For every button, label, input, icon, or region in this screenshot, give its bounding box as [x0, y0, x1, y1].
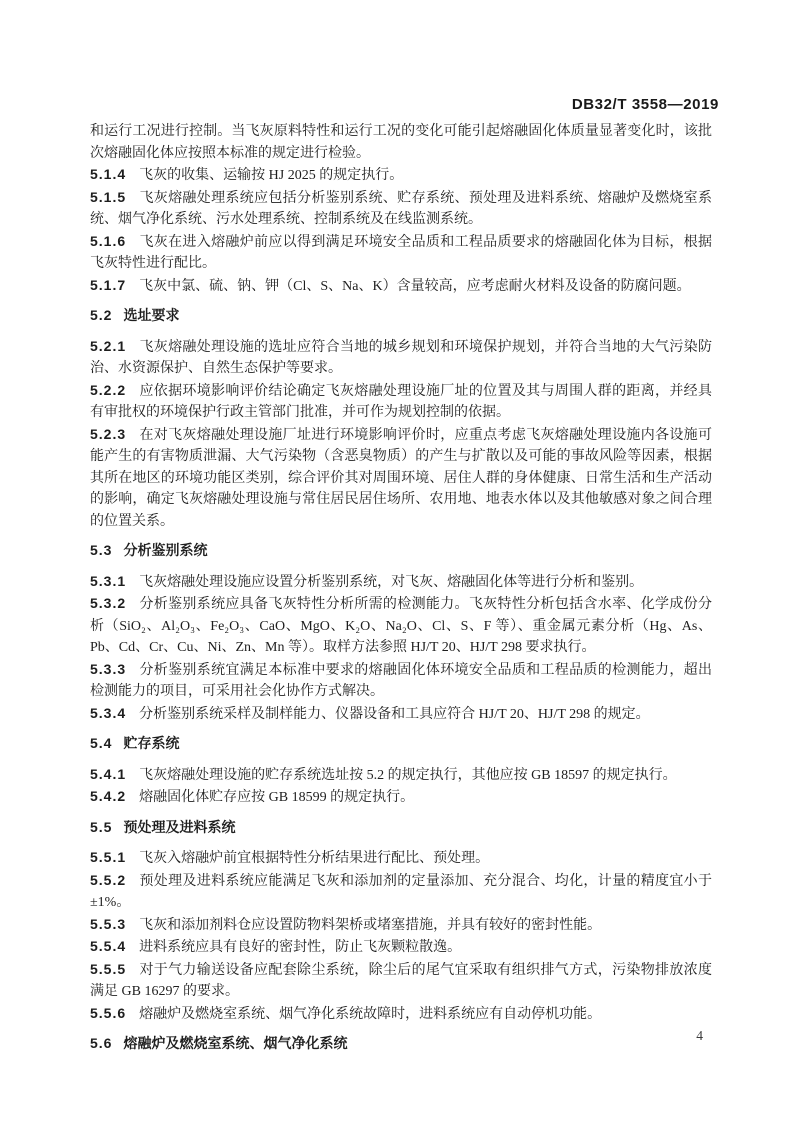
clause-number: 5.5.3 [90, 916, 126, 932]
section-title: 贮存系统 [123, 737, 179, 752]
section-title: 熔融炉及燃烧室系统、烟气净化系统 [123, 1037, 347, 1052]
document-page: DB32/T 3558—2019 和运行工况进行控制。当飞灰原料特性和运行工况的… [0, 0, 793, 1122]
clause-5-1-5: 5.1.5飞灰熔融处理系统应包括分析鉴别系统、贮存系统、预处理及进料系统、熔融炉… [90, 187, 712, 231]
clause-5-2-1: 5.2.1飞灰熔融处理设施的选址应符合当地的城乡规划和环境保护规划，并符合当地的… [90, 336, 712, 380]
clause-text: 飞灰熔融处理设施的选址应符合当地的城乡规划和环境保护规划，并符合当地的大气污染防… [90, 340, 712, 377]
section-number: 5.5 [90, 819, 112, 835]
section-number: 5.4 [90, 735, 112, 751]
clause-text: 预处理及进料系统应能满足飞灰和添加剂的定量添加、充分混合、均化，计量的精度宜小于… [90, 874, 712, 911]
section-heading-5-4: 5.4贮存系统 [90, 733, 712, 756]
clause-5-2-3: 5.2.3在对飞灰熔融处理设施厂址进行环境影响评价时，应重点考虑飞灰熔融处理设施… [90, 424, 712, 533]
clause-text: 应依据环境影响评价结论确定飞灰熔融处理设施厂址的位置及其与周围人群的距离，并经具… [90, 384, 712, 421]
clause-5-5-6: 5.5.6熔融炉及燃烧室系统、烟气净化系统故障时，进料系统应有自动停机功能。 [90, 1003, 712, 1026]
clause-text: 飞灰熔融处理设施应设置分析鉴别系统，对飞灰、熔融固化体等进行分析和鉴别。 [139, 575, 643, 590]
clause-text: 分析鉴别系统应具备飞灰特性分析所需的检测能力。飞灰特性分析包括含水率、化学成份分… [90, 597, 712, 655]
clause-text: 飞灰入熔融炉前宜根据特性分析结果进行配比、预处理。 [139, 851, 489, 866]
clause-number: 5.2.2 [90, 382, 126, 398]
clause-5-4-2: 5.4.2熔融固化体贮存应按 GB 18599 的规定执行。 [90, 786, 712, 809]
clause-text: 飞灰在进入熔融炉前应以得到满足环境安全品质和工程品质要求的熔融固化体为目标，根据… [90, 235, 712, 272]
section-number: 5.2 [90, 307, 112, 323]
clause-number: 5.3.1 [90, 573, 126, 589]
clause-5-3-1: 5.3.1飞灰熔融处理设施应设置分析鉴别系统，对飞灰、熔融固化体等进行分析和鉴别… [90, 571, 712, 594]
clause-number: 5.1.6 [90, 233, 126, 249]
clause-5-3-3: 5.3.3分析鉴别系统宜满足本标准中要求的熔融固化体环境安全品质和工程品质的检测… [90, 659, 712, 703]
clause-5-5-2: 5.5.2预处理及进料系统应能满足飞灰和添加剂的定量添加、充分混合、均化，计量的… [90, 870, 712, 914]
clause-text: 熔融固化体贮存应按 GB 18599 的规定执行。 [139, 790, 414, 805]
section-number: 5.3 [90, 542, 112, 558]
section-heading-5-3: 5.3分析鉴别系统 [90, 540, 712, 563]
section-title: 预处理及进料系统 [123, 821, 235, 836]
clause-5-1-6: 5.1.6飞灰在进入熔融炉前应以得到满足环境安全品质和工程品质要求的熔融固化体为… [90, 231, 712, 275]
clause-text: 熔融炉及燃烧室系统、烟气净化系统故障时，进料系统应有自动停机功能。 [139, 1007, 601, 1022]
clause-5-2-2: 5.2.2应依据环境影响评价结论确定飞灰熔融处理设施厂址的位置及其与周围人群的距… [90, 380, 712, 424]
section-heading-5-6: 5.6熔融炉及燃烧室系统、烟气净化系统 [90, 1033, 712, 1056]
clause-text: 飞灰和添加剂料仓应设置防物料架桥或堵塞措施，并具有较好的密封性能。 [139, 918, 601, 933]
clause-5-5-3: 5.5.3飞灰和添加剂料仓应设置防物料架桥或堵塞措施，并具有较好的密封性能。 [90, 914, 712, 937]
clause-5-3-4: 5.3.4分析鉴别系统采样及制样能力、仪器设备和工具应符合 HJ/T 20、HJ… [90, 703, 712, 726]
clause-5-1-4: 5.1.4飞灰的收集、运输按 HJ 2025 的规定执行。 [90, 164, 712, 187]
clause-number: 5.2.3 [90, 426, 126, 442]
section-heading-5-5: 5.5预处理及进料系统 [90, 817, 712, 840]
clause-number: 5.3.2 [90, 595, 126, 611]
clause-number: 5.3.3 [90, 661, 126, 677]
clause-5-5-4: 5.5.4进料系统应具有良好的密封性，防止飞灰颗粒散逸。 [90, 936, 712, 959]
section-heading-5-2: 5.2选址要求 [90, 305, 712, 328]
clause-number: 5.5.6 [90, 1005, 126, 1021]
paragraph-text: 和运行工况进行控制。当飞灰原料特性和运行工况的变化可能引起熔融固化体质量显著变化… [90, 124, 712, 161]
clause-text: 分析鉴别系统采样及制样能力、仪器设备和工具应符合 HJ/T 20、HJ/T 29… [139, 707, 650, 722]
clause-number: 5.5.5 [90, 961, 126, 977]
document-body: 和运行工况进行控制。当飞灰原料特性和运行工况的变化可能引起熔融固化体质量显著变化… [90, 121, 712, 1064]
clause-number: 5.2.1 [90, 338, 126, 354]
standard-code-header: DB32/T 3558—2019 [572, 96, 719, 113]
continuation-paragraph: 和运行工况进行控制。当飞灰原料特性和运行工况的变化可能引起熔融固化体质量显著变化… [90, 121, 712, 164]
clause-text: 对于气力输送设备应配套除尘系统，除尘后的尾气宜采取有组织排气方式，污染物排放浓度… [90, 963, 712, 1000]
clause-5-5-1: 5.5.1飞灰入熔融炉前宜根据特性分析结果进行配比、预处理。 [90, 847, 712, 870]
clause-number: 5.1.4 [90, 166, 126, 182]
clause-text: 分析鉴别系统宜满足本标准中要求的熔融固化体环境安全品质和工程品质的检测能力，超出… [90, 663, 712, 700]
clause-5-4-1: 5.4.1飞灰熔融处理设施的贮存系统选址按 5.2 的规定执行，其他应按 GB … [90, 764, 712, 787]
clause-5-5-5: 5.5.5对于气力输送设备应配套除尘系统，除尘后的尾气宜采取有组织排气方式，污染… [90, 959, 712, 1003]
clause-number: 5.1.5 [90, 189, 126, 205]
clause-5-3-2: 5.3.2分析鉴别系统应具备飞灰特性分析所需的检测能力。飞灰特性分析包括含水率、… [90, 593, 712, 659]
clause-number: 5.3.4 [90, 705, 126, 721]
page-number: 4 [696, 1028, 703, 1044]
clause-text: 进料系统应具有良好的密封性，防止飞灰颗粒散逸。 [139, 940, 461, 955]
clause-text: 飞灰中氯、硫、钠、钾（Cl、S、Na、K）含量较高，应考虑耐火材料及设备的防腐问… [139, 279, 690, 294]
section-title: 选址要求 [123, 309, 179, 324]
clause-text: 飞灰熔融处理系统应包括分析鉴别系统、贮存系统、预处理及进料系统、熔融炉及燃烧室系… [90, 191, 712, 228]
clause-text: 在对飞灰熔融处理设施厂址进行环境影响评价时，应重点考虑飞灰熔融处理设施内各设施可… [90, 428, 712, 529]
clause-number: 5.5.4 [90, 938, 126, 954]
clause-number: 5.5.1 [90, 849, 126, 865]
section-title: 分析鉴别系统 [123, 544, 207, 559]
clause-number: 5.4.1 [90, 766, 126, 782]
section-number: 5.6 [90, 1035, 112, 1051]
clause-number: 5.1.7 [90, 277, 126, 293]
clause-text: 飞灰的收集、运输按 HJ 2025 的规定执行。 [139, 168, 403, 183]
clause-number: 5.5.2 [90, 872, 126, 888]
clause-5-1-7: 5.1.7飞灰中氯、硫、钠、钾（Cl、S、Na、K）含量较高，应考虑耐火材料及设… [90, 275, 712, 298]
clause-text: 飞灰熔融处理设施的贮存系统选址按 5.2 的规定执行，其他应按 GB 18597… [139, 768, 676, 783]
clause-number: 5.4.2 [90, 788, 126, 804]
